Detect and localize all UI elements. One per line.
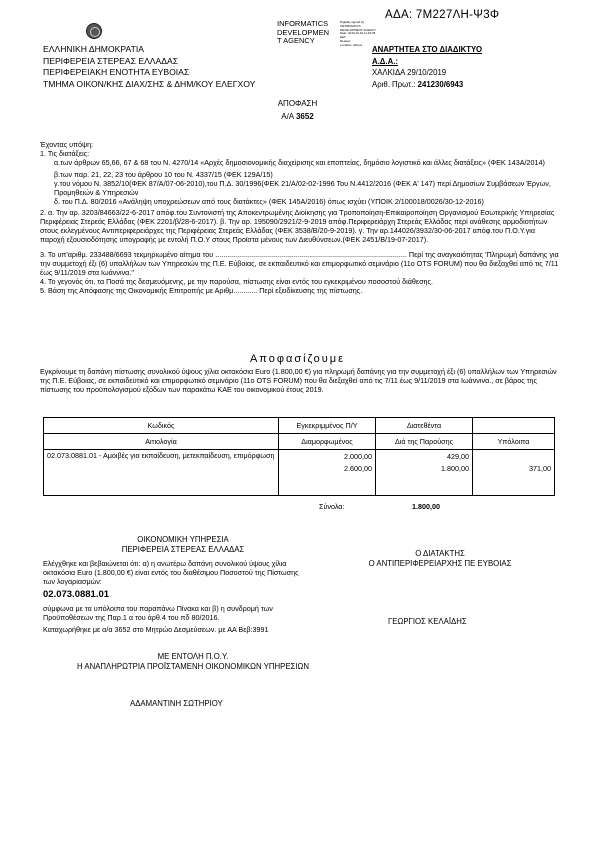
finance-role: Η ΑΝΑΠΛΗΡΩΤΡΙΑ ΠΡΟΪΣΤΑΜΕΝΗ ΟΙΚΟΝΟΜΙΚΩΝ Υ… <box>43 662 343 672</box>
decide-text: Εγκρίνουμε τη δαπάνη πίστωσης συνολικού … <box>40 367 560 394</box>
table-row: 02.073.0881.01 - Αμοιβές για εκπαίδευση,… <box>44 450 555 496</box>
protocol-value: 241230/6943 <box>418 80 464 89</box>
table-header-row: Αιτιολογία Διαμορφωμένος Διά της Παρούση… <box>44 434 555 450</box>
authorizer-role: Ο ΑΝΤΙΠΕΡΙΦΕΡΕΙΑΡΧΗΣ ΠΕ ΕΥΒΟΙΑΣ <box>340 559 540 569</box>
issuer-block: ΕΛΛΗΝΙΚΗ ΔΗΜΟΚΡΑΤΙΑ ΠΕΡΙΦΕΡΕΙΑ ΣΤΕΡΕΑΣ Ε… <box>43 44 255 90</box>
aa-value: 3652 <box>296 112 314 121</box>
item-5: 5. Βάση της Απόφασης της Οικονομικής Επι… <box>40 286 560 295</box>
issuer-line: ΠΕΡΙΦΕΡΕΙΑΚΗ ΕΝΟΤΗΤΑ ΕΥΒΟΙΑΣ <box>43 67 255 79</box>
row-formed: 2.600,00 <box>282 463 372 475</box>
total-label: Σύνολα: <box>319 502 344 511</box>
header-code: Κωδικός <box>44 418 279 434</box>
fineprint-line: Location: Athens <box>340 44 376 48</box>
budget-table: Κωδικός Εγκεκριμμένος Π/Υ Διατεθέντα Αιτ… <box>43 417 555 496</box>
digital-signature-fineprint: Digitally signed by INFORMATICS DEVELOPM… <box>340 21 376 48</box>
protocol-number: Αριθ. Πρωτ.: 241230/6943 <box>372 79 482 91</box>
item-1b: β.των παρ. 21, 22, 23 του άρθρου 10 του … <box>40 170 560 179</box>
row-allocated-now: 1.800,00 <box>379 463 469 475</box>
agency-line: T AGENCY <box>277 37 329 46</box>
authorizer-name: ΓΕΩΡΓΙΟΣ ΚΕΛΑΪΔΗΣ <box>388 617 467 627</box>
place-date: ΧΑΛΚΙΔΑ 29/10/2019 <box>372 67 482 79</box>
item-2: 2. α. Την αρ. 3203/84663/22-6-2017 απόφ.… <box>40 208 560 244</box>
item-1c: γ.του νόμου Ν. 3852/10(ΦΕΚ 87/Α/07-06-20… <box>40 179 560 197</box>
authorizer-title: Ο ΔΙΑΤΑΚΤΗΣ <box>340 549 540 559</box>
row-remaining-value: 371,00 <box>476 463 551 475</box>
finance-paragraph: Ελέγχθηκε και βεβαιώνεται ότι: α) η ανωτ… <box>43 559 308 586</box>
row-budget: 2.000,00 2.600,00 <box>279 450 376 496</box>
finance-order: ΜΕ ΕΝΤΟΛΗ Π.Ο.Υ. <box>43 652 343 662</box>
document-meta: ΑΝΑΡΤΗΤΕΑ ΣΤΟ ΔΙΑΔΙΚΤΥΟ Α.Δ.Α.: ΧΑΛΚΙΔΑ … <box>372 44 482 90</box>
decide-heading: Αποφασίζουμε <box>0 353 595 365</box>
item-1d: δ. του Π.Δ. 80/2016 «Ανάληψη υποχρεώσεων… <box>40 197 560 206</box>
finance-heading-2: ΠΕΡΙΦΕΡΕΙΑ ΣΤΕΡΕΑΣ ΕΛΛΑΔΑΣ <box>43 545 323 555</box>
authorizer-block: Ο ΔΙΑΤΑΚΤΗΣ Ο ΑΝΤΙΠΕΡΙΦΕΡΕΙΑΡΧΗΣ ΠΕ ΕΥΒΟ… <box>340 549 540 569</box>
item-3: 3. Το υπ'αριθμ. 233488/6693 τεκμηριωμένο… <box>40 250 560 277</box>
issuer-line: ΤΜΗΜΑ ΟΙΚΟΝ/ΚΗΣ ΔΙΑΧ/ΣΗΣ & ΔΗΜ/ΚΟΥ ΕΛΕΓΧ… <box>43 79 255 91</box>
issuer-line: ΕΛΛΗΝΙΚΗ ΔΗΜΟΚΡΑΤΙΑ <box>43 44 255 56</box>
finance-registration: Καταχωρήθηκε με α/α 3652 στο Μητρώο Δεσμ… <box>43 625 313 634</box>
finance-heading: ΟΙΚΟΝΟΜΙΚΗ ΥΠΗΡΕΣΙΑ ΠΕΡΙΦΕΡΕΙΑ ΣΤΕΡΕΑΣ Ε… <box>43 535 323 555</box>
row-approved: 2.000,00 <box>282 451 372 463</box>
finance-heading-1: ΟΙΚΟΝΟΜΙΚΗ ΥΠΗΡΕΣΙΑ <box>43 535 323 545</box>
posting-notice: ΑΝΑΡΤΗΤΕΑ ΣΤΟ ΔΙΑΔΙΚΤΥΟ <box>372 44 482 56</box>
considerations: Έχοντας υπόψη: 1. Τις διατάξεις: α.των ά… <box>40 140 560 295</box>
header-this-decision: Διά της Παρούσης <box>376 434 473 450</box>
row-code-description: 02.073.0881.01 - Αμοιβές για εκπαίδευση,… <box>44 450 279 496</box>
item-4: 4. Το γεγονός ότι, τα Ποσά της δεσμευόμε… <box>40 277 560 286</box>
header-reason: Αιτιολογία <box>44 434 279 450</box>
agency-signature-block: INFORMATICS DEVELOPMEN T AGENCY <box>277 20 329 46</box>
header-allocated: Διατεθέντα <box>376 418 473 434</box>
header-approved: Εγκεκριμμένος Π/Υ <box>279 418 376 434</box>
row-allocated-prev: 429,00 <box>379 451 469 463</box>
header-remaining: Υπόλοιπα <box>473 434 555 450</box>
issuer-line: ΠΕΡΙΦΕΡΕΙΑ ΣΤΕΡΕΑΣ ΕΛΛΑΔΑΣ <box>43 56 255 68</box>
header-formed: Διαμορφωμένος <box>279 434 376 450</box>
ada-header: ΑΔΑ: 7Μ227ΛΗ-Ψ3Φ <box>385 9 499 21</box>
item-1a: α.των άρθρων 65,66, 67 & 68 του Ν. 4270/… <box>40 158 560 167</box>
row-remaining: 371,00 <box>473 450 555 496</box>
finance-code: 02.073.0881.01 <box>43 589 109 600</box>
aa-label: Α/Α <box>281 112 296 121</box>
greek-emblem-icon <box>86 23 102 39</box>
protocol-label: Αριθ. Πρωτ.: <box>372 80 418 89</box>
total-value: 1.800,00 <box>412 502 440 511</box>
item-1-heading: 1. Τις διατάξεις: <box>40 149 560 158</box>
finance-paragraph-2: σύμφωνα με τα υπόλοιπα του παραπάνω Πίνα… <box>43 604 313 622</box>
table-header-row: Κωδικός Εγκεκριμμένος Π/Υ Διατεθέντα <box>44 418 555 434</box>
finance-signatory-name: ΑΔΑΜΑΝΤΙΝΗ ΣΩΤΗΡΙΟΥ <box>130 699 223 709</box>
ada-label: Α.Δ.Α.: <box>372 56 482 68</box>
considering-heading: Έχοντας υπόψη: <box>40 140 560 149</box>
finance-signatory-block: ΜΕ ΕΝΤΟΛΗ Π.Ο.Υ. Η ΑΝΑΠΛΗΡΩΤΡΙΑ ΠΡΟΪΣΤΑΜ… <box>43 652 343 672</box>
decision-aa: Α/Α 3652 <box>0 112 595 122</box>
row-allocated: 429,00 1.800,00 <box>376 450 473 496</box>
decision-title: ΑΠΟΦΑΣΗ <box>0 99 595 109</box>
header-blank <box>473 418 555 434</box>
